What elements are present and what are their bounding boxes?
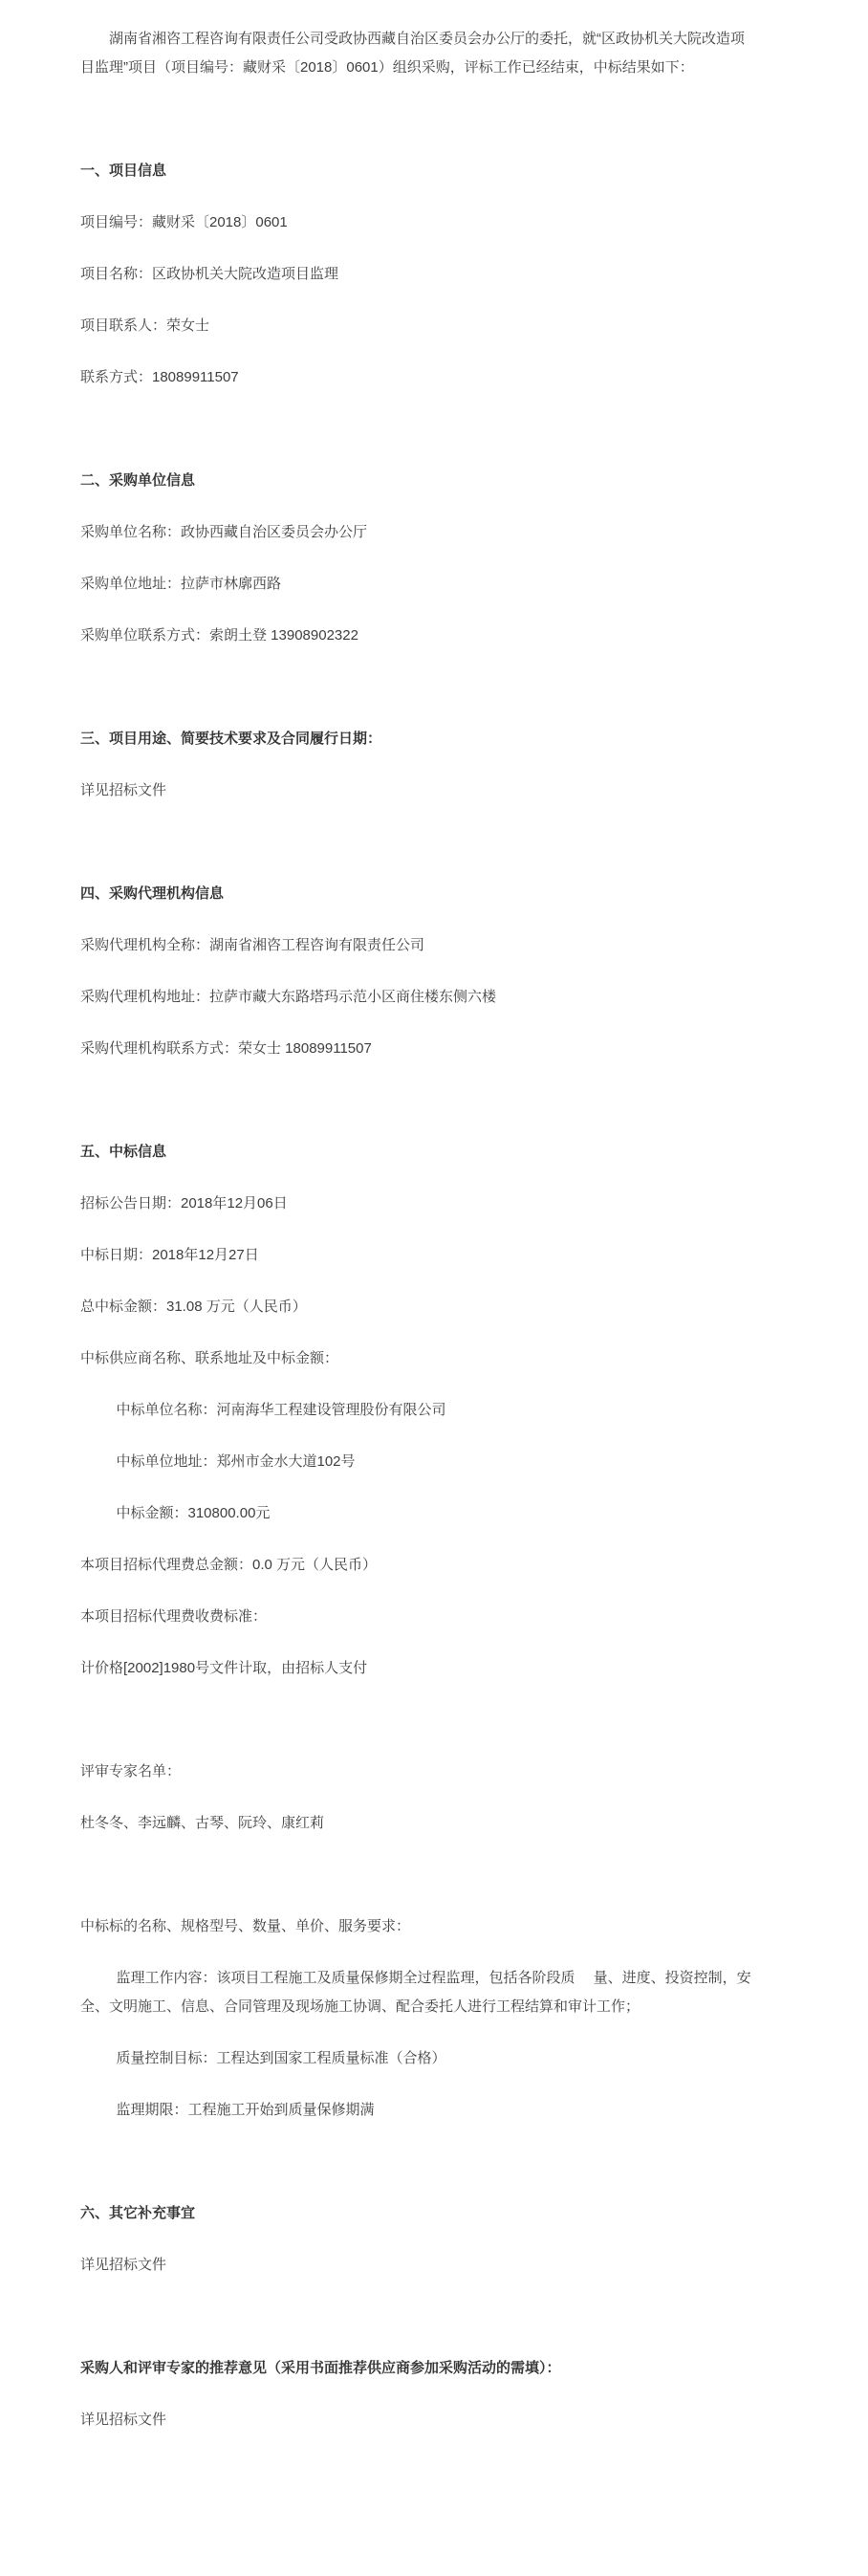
section-3-body-line: 详见招标文件	[80, 776, 805, 805]
agency-fee-standard-label-line: 本项目招标代理费收费标准：	[80, 1603, 805, 1631]
winner-info-label-line: 中标供应商名称、联系地址及中标金额：	[80, 1344, 805, 1373]
award-subject-label-line: 中标标的名称、规格型号、数量、单价、服务要求：	[80, 1912, 805, 1941]
winner-name-line: 中标单位名称：河南海华工程建设管理股份有限公司	[80, 1396, 805, 1425]
intro-paragraph: 湖南省湘咨工程咨询有限责任公司受政协西藏自治区委员会办公厅的委托，就“区政协机关…	[80, 25, 805, 82]
section-3-heading: 三、项目用途、简要技术要求及合同履行日期：	[80, 725, 805, 753]
recommendation-heading: 采购人和评审专家的推荐意见（采用书面推荐供应商参加采购活动的需填）：	[80, 2354, 805, 2383]
project-phone-line: 联系方式：18089911507	[80, 363, 805, 392]
experts-names-line: 杜冬冬、李远麟、古琴、阮玲、康红莉	[80, 1809, 805, 1838]
total-award-amount-line: 总中标金额：31.08 万元（人民币）	[80, 1293, 805, 1321]
supervision-scope-line: 监理工作内容：该项目工程施工及质量保修期全过程监理，包括各阶段质 量、进度、投资…	[80, 1964, 805, 2021]
section-2-heading: 二、采购单位信息	[80, 467, 805, 495]
section-6-body-line: 详见招标文件	[80, 2251, 805, 2280]
section-5-heading: 五、中标信息	[80, 1138, 805, 1167]
agency-contact-line: 采购代理机构联系方式：荣女士 18089911507	[80, 1035, 805, 1063]
section-6-heading: 六、其它补充事宜	[80, 2199, 805, 2228]
experts-label-line: 评审专家名单：	[80, 1757, 805, 1786]
project-contact-line: 项目联系人：荣女士	[80, 312, 805, 340]
project-number-line: 项目编号：藏财采〔2018〕0601	[80, 208, 805, 237]
award-date-line: 中标日期：2018年12月27日	[80, 1241, 805, 1270]
tender-notice-date-line: 招标公告日期：2018年12月06日	[80, 1190, 805, 1218]
recommendation-body-line: 详见招标文件	[80, 2406, 805, 2434]
announcement-document: 湖南省湘咨工程咨询有限责任公司受政协西藏自治区委员会办公厅的委托，就“区政协机关…	[0, 0, 868, 2434]
winner-address-line: 中标单位地址：郑州市金水大道102号	[80, 1448, 805, 1476]
section-1-heading: 一、项目信息	[80, 157, 805, 186]
agency-address-line: 采购代理机构地址：拉萨市藏大东路塔玛示范小区商住楼东侧六楼	[80, 983, 805, 1012]
purchaser-address-line: 采购单位地址：拉萨市林廓西路	[80, 570, 805, 599]
section-4-heading: 四、采购代理机构信息	[80, 880, 805, 908]
quality-target-line: 质量控制目标：工程达到国家工程质量标准（合格）	[80, 2044, 805, 2073]
winner-amount-line: 中标金额：310800.00元	[80, 1499, 805, 1528]
purchaser-contact-line: 采购单位联系方式：索朗土登 13908902322	[80, 622, 805, 650]
agency-fee-standard-line: 计价格[2002]1980号文件计取，由招标人支付	[80, 1654, 805, 1683]
supervision-period-line: 监理期限：工程施工开始到质量保修期满	[80, 2096, 805, 2125]
project-name-line: 项目名称：区政协机关大院改造项目监理	[80, 260, 805, 289]
purchaser-name-line: 采购单位名称：政协西藏自治区委员会办公厅	[80, 518, 805, 547]
agency-fee-total-line: 本项目招标代理费总金额：0.0 万元（人民币）	[80, 1551, 805, 1580]
agency-name-line: 采购代理机构全称：湖南省湘咨工程咨询有限责任公司	[80, 931, 805, 960]
